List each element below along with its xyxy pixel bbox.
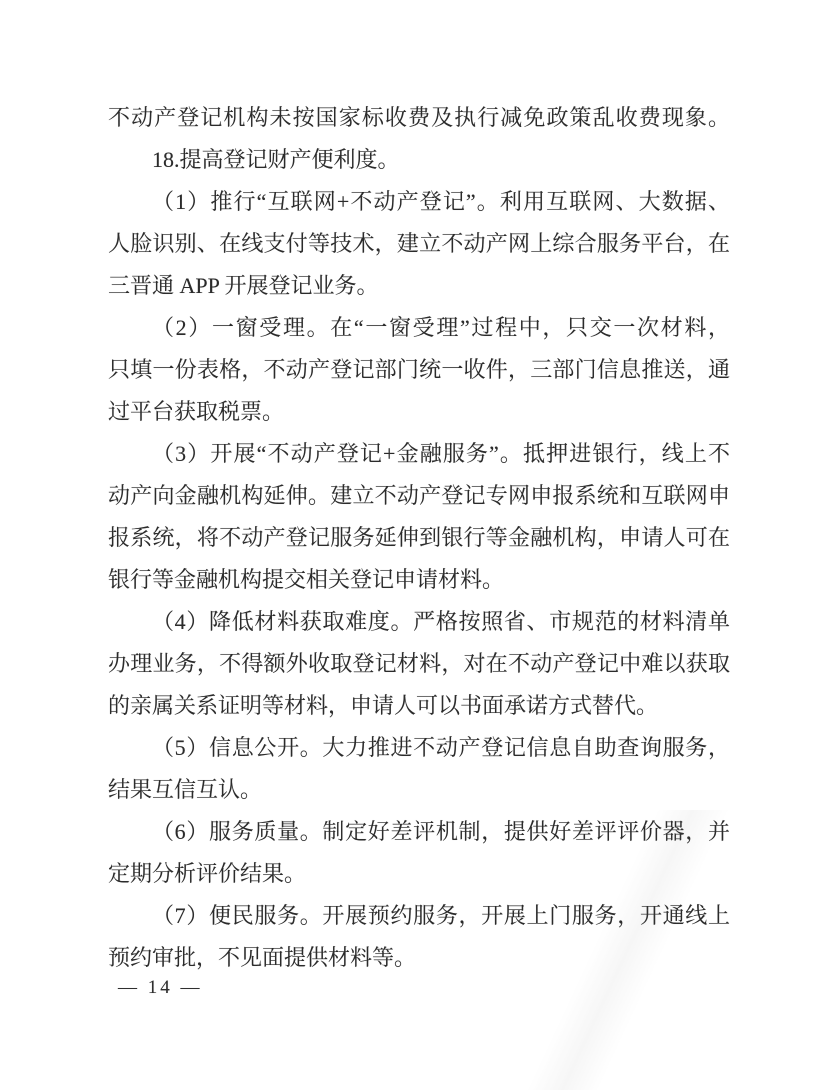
text-line: 人脸识别、在线支付等技术，建立不动产网上综合服务平台，在 [108, 223, 730, 265]
text-line: 过平台获取税票。 [108, 391, 730, 433]
text-line: （1）推行“互联网+不动产登记”。利用互联网、大数据、 [108, 181, 730, 223]
body-text: 不动产登记机构未按国家标收费及执行减免政策乱收费现象。18.提高登记财产便利度。… [108, 97, 730, 979]
text-line: （4）降低材料获取难度。严格按照省、市规范的材料清单 [108, 601, 730, 643]
text-line: 办理业务，不得额外收取登记材料，对在不动产登记中难以获取 [108, 643, 730, 685]
text-line: 18.提高登记财产便利度。 [108, 139, 730, 181]
text-line: （3）开展“不动产登记+金融服务”。抵押进银行，线上不 [108, 433, 730, 475]
text-line: 只填一份表格，不动产登记部门统一收件，三部门信息推送，通 [108, 349, 730, 391]
text-line: 的亲属关系证明等材料，申请人可以书面承诺方式替代。 [108, 685, 730, 727]
text-line: 预约审批，不见面提供材料等。 [108, 937, 730, 979]
text-line: 不动产登记机构未按国家标收费及执行减免政策乱收费现象。 [108, 97, 730, 139]
text-line: （2）一窗受理。在“一窗受理”过程中，只交一次材料， [108, 307, 730, 349]
text-line: （7）便民服务。开展预约服务，开展上门服务，开通线上 [108, 895, 730, 937]
text-line: 定期分析评价结果。 [108, 853, 730, 895]
text-line: 动产向金融机构延伸。建立不动产登记专网申报系统和互联网申 [108, 475, 730, 517]
document-page: 不动产登记机构未按国家标收费及执行减免政策乱收费现象。18.提高登记财产便利度。… [0, 0, 828, 1090]
text-line: 报系统，将不动产登记服务延伸到银行等金融机构，申请人可在 [108, 517, 730, 559]
text-line: 结果互信互认。 [108, 769, 730, 811]
text-line: （6）服务质量。制定好差评机制，提供好差评评价器，并 [108, 811, 730, 853]
text-line: 三晋通 APP 开展登记业务。 [108, 265, 730, 307]
page-number: — 14 — [118, 974, 203, 1002]
text-line: 银行等金融机构提交相关登记申请材料。 [108, 559, 730, 601]
text-line: （5）信息公开。大力推进不动产登记信息自助查询服务， [108, 727, 730, 769]
